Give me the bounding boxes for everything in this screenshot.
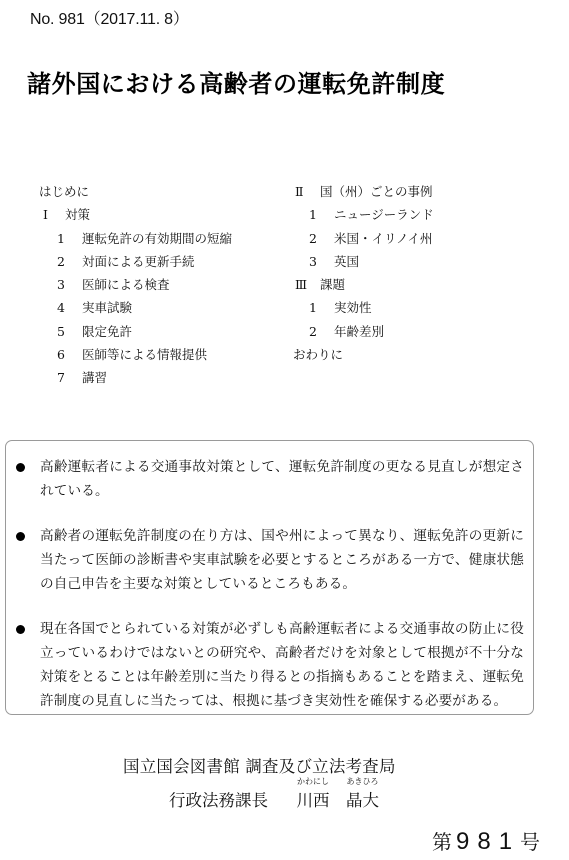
toc-number: 2	[293, 320, 334, 343]
given-name-ruby: あきひろ	[346, 776, 379, 787]
toc-label: 米国・イリノイ州	[334, 227, 432, 250]
toc-item: 2年齢差別	[293, 320, 434, 343]
table-of-contents-right: Ⅱ国（州）ごとの事例 1ニュージーランド 2米国・イリノイ州 3英国 Ⅲ課題 1…	[293, 180, 434, 366]
toc-item: 4実車試験	[39, 296, 232, 319]
toc-item: 6医師等による情報提供	[39, 343, 232, 366]
toc-label: 医師による検査	[82, 273, 170, 296]
bullet-icon	[16, 625, 25, 634]
author-surname-group: かわにし 川西	[297, 787, 330, 811]
issue-number-suffix: 号	[520, 830, 540, 854]
author-line: 行政法務課長 かわにし 川西 あきひろ 晶大	[169, 787, 379, 811]
toc-item: 3英国	[293, 250, 434, 273]
toc-number: 2	[39, 250, 82, 273]
toc-item: Ⅲ課題	[293, 273, 434, 296]
toc-label: 年齢差別	[334, 320, 384, 343]
toc-item: 1実効性	[293, 296, 434, 319]
toc-number: 3	[39, 273, 82, 296]
toc-item: 3医師による検査	[39, 273, 232, 296]
author-block: 国立国会図書館 調査及び立法考査局 行政法務課長 かわにし 川西 あきひろ 晶大	[123, 753, 396, 777]
toc-item: 7講習	[39, 366, 232, 389]
toc-label: はじめに	[39, 180, 89, 203]
toc-item: はじめに	[39, 180, 232, 203]
toc-number: 1	[39, 227, 82, 250]
toc-label: 対策	[65, 203, 90, 226]
toc-number: 4	[39, 296, 82, 319]
toc-item: おわりに	[293, 343, 434, 366]
toc-label: おわりに	[293, 343, 343, 366]
toc-label: 運転免許の有効期間の短縮	[82, 227, 232, 250]
issue-line: No. 981（2017.11. 8）	[30, 6, 189, 29]
summary-box: 高齢運転者による交通事故対策として、運転免許制度の更なる見直しが想定されている。…	[5, 440, 534, 715]
toc-item: 5限定免許	[39, 320, 232, 343]
toc-item: 2対面による更新手続	[39, 250, 232, 273]
toc-label: 医師等による情報提供	[82, 343, 207, 366]
toc-label: 実効性	[334, 296, 372, 319]
toc-label: 英国	[334, 250, 359, 273]
toc-label: 対面による更新手続	[82, 250, 195, 273]
summary-bullet-text: 高齢運転者による交通事故対策として、運転免許制度の更なる見直しが想定されている。	[40, 455, 524, 503]
author-given-name: 晶大	[346, 791, 379, 810]
toc-number: 3	[293, 250, 334, 273]
toc-number: Ⅲ	[293, 273, 320, 296]
toc-label: 講習	[82, 366, 107, 389]
toc-label: 限定免許	[82, 320, 132, 343]
toc-number: 1	[293, 296, 334, 319]
summary-bullet-text: 現在各国でとられている対策が必ずしも高齢運転者による交通事故の防止に役立っている…	[40, 617, 524, 713]
toc-item: Ⅱ国（州）ごとの事例	[293, 180, 434, 203]
toc-item: 1運転免許の有効期間の短縮	[39, 227, 232, 250]
issue-number-digits: 981	[456, 828, 520, 855]
table-of-contents-left: はじめに Ⅰ対策 1運転免許の有効期間の短縮 2対面による更新手続 3医師による…	[39, 180, 232, 390]
toc-number: 6	[39, 343, 82, 366]
toc-item: 2米国・イリノイ州	[293, 227, 434, 250]
toc-item: 1ニュージーランド	[293, 203, 434, 226]
document-title: 諸外国における高齢者の運転免許制度	[27, 64, 445, 99]
toc-number: Ⅰ	[39, 203, 65, 226]
toc-label: 課題	[320, 273, 345, 296]
issue-number: 第981号	[432, 826, 540, 856]
toc-label: ニュージーランド	[334, 203, 434, 226]
surname-ruby: かわにし	[297, 776, 330, 787]
toc-number: 7	[39, 366, 82, 389]
author-position: 行政法務課長	[169, 791, 268, 810]
toc-label: 実車試験	[82, 296, 132, 319]
toc-label: 国（州）ごとの事例	[320, 180, 433, 203]
summary-bullet-text: 高齢者の運転免許制度の在り方は、国や州によって異なり、運転免許の更新に当たって医…	[40, 524, 524, 596]
toc-number: 2	[293, 227, 334, 250]
issue-number-prefix: 第	[432, 830, 452, 854]
toc-number: 5	[39, 320, 82, 343]
bullet-icon	[16, 532, 25, 541]
organization: 国立国会図書館 調査及び立法考査局	[123, 753, 396, 777]
author-surname: 川西	[297, 791, 330, 810]
bullet-icon	[16, 463, 25, 472]
toc-number: Ⅱ	[293, 180, 320, 203]
author-given-name-group: あきひろ 晶大	[346, 787, 379, 811]
toc-item: Ⅰ対策	[39, 203, 232, 226]
toc-number: 1	[293, 203, 334, 226]
